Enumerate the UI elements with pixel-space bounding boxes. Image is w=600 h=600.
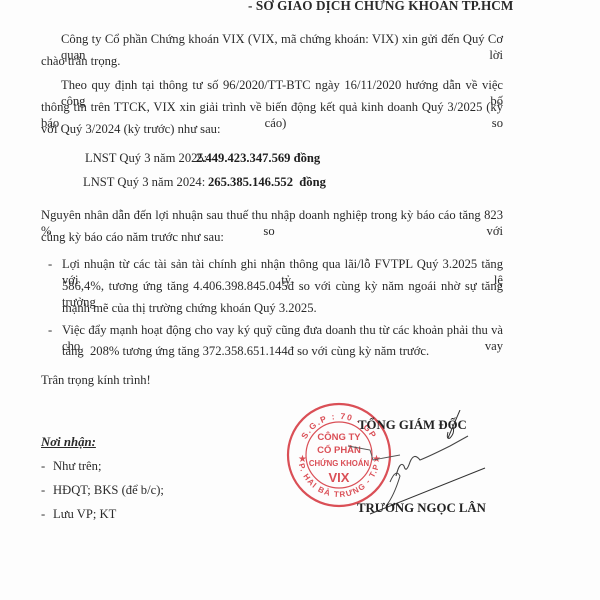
closing-text: Trân trọng kính trình! [41,372,151,388]
regulation-line-3: với Quý 3/2024 (kỳ trước) như sau: [41,121,220,137]
bullet-1-line-3: mạnh mẽ của thị trường chứng khoán Quý 3… [62,300,317,316]
bullet-dash: - [48,322,52,338]
greeting-line-2: chào trân trọng. [41,53,120,69]
profit-2025-label: LNST Quý 3 năm 2025: [85,150,207,166]
greeting-line-1: Công ty Cổ phần Chứng khoán VIX (VIX, mã… [61,31,503,63]
profit-2024-label: LNST Quý 3 năm 2024: [83,174,205,190]
recipients-title: Nơi nhận: [41,435,96,450]
bullet-dash: - [48,256,52,272]
recipient-dash: - [41,482,45,498]
recipient-item: Như trên; [53,458,101,474]
profit-2024-value: 265.385.146.552 đồng [208,174,326,190]
profit-2025-value: 2.449.423.347.569 đồng [196,150,320,166]
recipient-dash: - [41,458,45,474]
recipient-item: HĐQT; BKS (để b/c); [53,482,164,498]
recipient-heading: - SỞ GIAO DỊCH CHỨNG KHOÁN TP.HCM [248,0,513,14]
reason-line-2: cùng kỳ báo cáo năm trước như sau: [41,229,224,245]
recipient-dash: - [41,506,45,522]
svg-text:★: ★ [298,454,307,465]
signer-name: TRƯƠNG NGỌC LÂN [357,501,486,516]
bullet-2-line-2: tăng 208% tương ứng tăng 372.358.651.144… [62,343,429,359]
recipient-item: Lưu VP; KT [53,506,116,522]
